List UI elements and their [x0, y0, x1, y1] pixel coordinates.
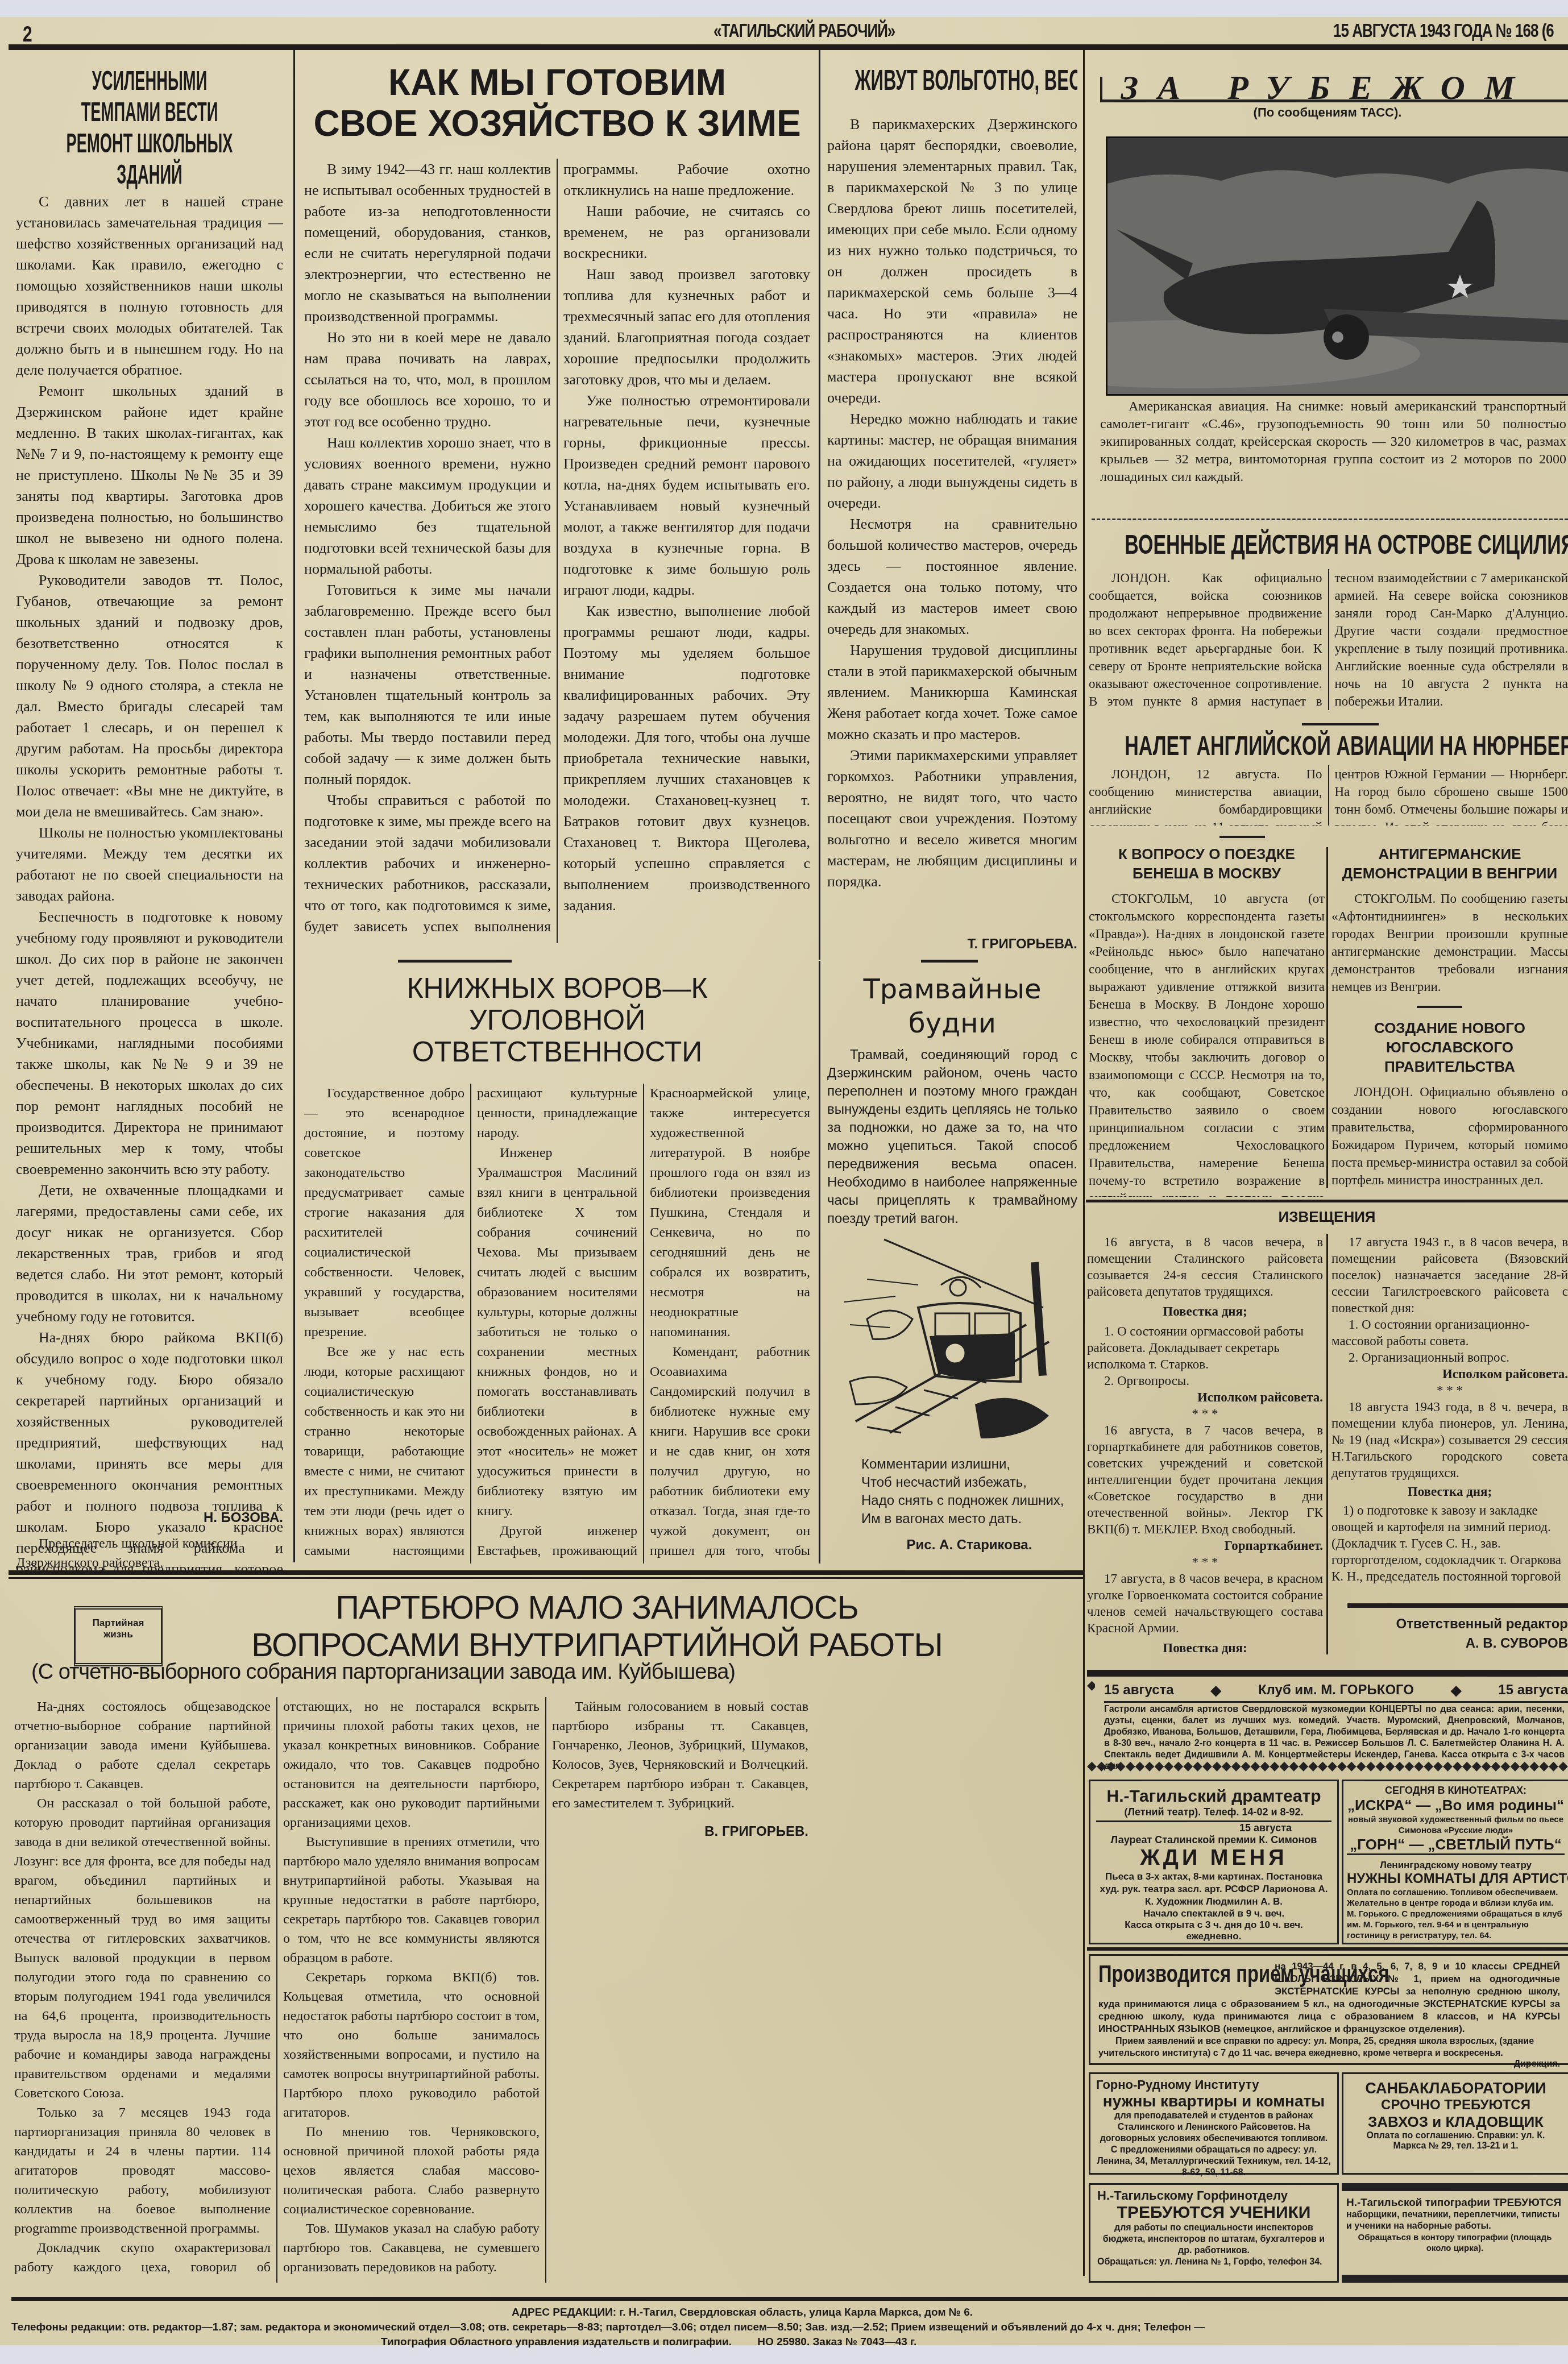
- party-subheadline: (С отчетно-выборного собрания парторгани…: [31, 1660, 1009, 1685]
- paragraph: Ремонт школьных зданий в Дзержинском рай…: [16, 380, 283, 570]
- rubric-party-life: Партийная жизнь: [74, 1606, 163, 1666]
- abroad-right-column: АНТИГЕРМАНСКИЕ ДЕМОНСТРАЦИИ В ВЕНГРИИ СТ…: [1331, 844, 1568, 1197]
- ad-title: НУЖНЫ КОМНАТЫ ДЛЯ АРТИСТОВ: [1347, 1871, 1565, 1887]
- ad-intro: Ленинградскому новому театру: [1347, 1860, 1565, 1871]
- yugoslavia-headline: СОЗДАНИЕ НОВОГО ЮГОСЛАВСКОГО ПРАВИТЕЛЬСТ…: [1331, 1018, 1568, 1076]
- ad-title: ТРЕБУЮТСЯ УЧЕНИКИ: [1097, 2203, 1330, 2222]
- article-benes: К ВОПРОСУ О ПОЕЗДКЕ БЕНЕША В МОСКВУ СТОК…: [1089, 844, 1325, 1197]
- notice-text: 17 августа, в 8 часов вечера, в красном …: [1087, 1570, 1323, 1636]
- photo-caption: Американская авиация. На снимке: новый а…: [1100, 398, 1566, 486]
- ad-play-title: ЖДИ МЕНЯ: [1096, 1846, 1331, 1871]
- rubric-line: Партийная: [76, 1618, 161, 1629]
- section-divider: [398, 960, 512, 963]
- ad-text: Прием заявлений и все справки по адресу:…: [1098, 2035, 1560, 2059]
- editorial-address: АДРЕС РЕДАКЦИИ: г. Н.-Тагил, Свердловска…: [11, 2305, 1546, 2320]
- paragraph: В зиму 1942—43 гг. наш коллектив не испы…: [304, 159, 551, 327]
- section-rule: [9, 1570, 1083, 1575]
- article-nuremberg: НАЛЕТ АНГЛИЙСКОЙ АВИАЦИИ НА НЮРНБЕРГ ЛОН…: [1089, 729, 1568, 826]
- ad-text: наборщики, печатники, переплетчики, типи…: [1346, 2209, 1563, 2232]
- verse-line: Чтоб несчастий избежать,: [861, 1474, 1077, 1492]
- separator-asterisks: * * *: [1087, 1554, 1323, 1570]
- party-headline: ПАРТБЮРО МАЛО ЗАНИМАЛОСЬ ВОПРОСАМИ ВНУТР…: [171, 1589, 1023, 1664]
- ad-title: нужны квартиры и комнаты: [1096, 2092, 1331, 2110]
- ad-title: САНБАКЛАБОРАТОРИИ: [1349, 2080, 1562, 2097]
- agenda-title: Повестка дня;: [1331, 1483, 1568, 1500]
- notices-left-column: 16 августа, в 8 часов вечера, в помещени…: [1087, 1234, 1323, 1660]
- yugoslavia-body: ЛОНДОН. Официально объявлено о создании …: [1331, 1083, 1568, 1189]
- column-divider: [1083, 50, 1085, 2276]
- paragraph: ЛОНДОН. Как официально сообщается, войск…: [1089, 569, 1568, 710]
- notice-item: 18 августа 1943 года, в 8 ч. вечера, в п…: [1331, 1399, 1568, 1586]
- divider: [1219, 836, 1265, 838]
- ad-signer: Дирекция.: [1098, 2059, 1560, 2069]
- notice-signer: Исполком райсовета.: [1331, 1366, 1568, 1382]
- article-barbershops: ЖИВУТ ВОЛЬГОТНО, ВЕСЕЛО... В парикмахерс…: [827, 57, 1077, 952]
- article-body: ЛОНДОН, 12 августа. По сообщению министе…: [1089, 765, 1568, 826]
- diamond-icon: ◆: [1451, 1682, 1461, 1699]
- editor-block: Ответственный редактор А. В. СУВОРОВ: [1331, 1615, 1568, 1653]
- paragraph: Тайным голосованием в новый состав партб…: [552, 1697, 808, 1813]
- notice-item: 17 августа, в 8 часов вечера, в красном …: [1087, 1570, 1323, 1660]
- agenda-item: 1. О состоянии организационно-массовой р…: [1331, 1316, 1568, 1349]
- paragraph: Дети, не охваченные площадками и лагерям…: [16, 1180, 283, 1327]
- section-divider: [921, 960, 978, 963]
- notice-signer: Горпарткабинет.: [1087, 1537, 1323, 1554]
- headline: НАЛЕТ АНГЛИЙСКОЙ АВИАЦИИ НА НЮРНБЕРГ: [1125, 729, 1532, 763]
- ad-cinemas: СЕГОДНЯ В КИНОТЕАТРАХ: „ИСКРА“ — „Во имя…: [1342, 1780, 1568, 1944]
- ad-sanbaklab: САНБАКЛАБОРАТОРИИ СРОЧНО ТРЕБУЮТСЯ ЗАВХО…: [1342, 2072, 1568, 2175]
- notice-text: 18 августа 1943 года, в 8 ч. вечера, в п…: [1331, 1399, 1568, 1481]
- paragraph: Школы не полностью укомплектованы учител…: [16, 822, 283, 906]
- notices-title: ИЗВЕЩЕНИЯ: [1086, 1208, 1568, 1226]
- ad-intro: Н.-Тагильскому Горфинотделу: [1097, 2188, 1330, 2203]
- paragraph: ЛОНДОН, 12 августа. По сообщению министе…: [1089, 765, 1568, 826]
- divider: [1347, 1603, 1568, 1608]
- section-rule: [1086, 1200, 1568, 1202]
- ads-rule: [1087, 1947, 1568, 1951]
- column-divider: [819, 50, 820, 960]
- signature: Т. ГРИГОРЬЕВА.: [967, 936, 1077, 952]
- notice-text: 16 августа, в 7 часов вечера, в горпартк…: [1087, 1422, 1323, 1537]
- paragraph: Выступившие в прениях отметили, что парт…: [283, 1832, 540, 1968]
- ad-finance-dept: Н.-Тагильскому Горфинотделу ТРЕБУЮТСЯ УЧ…: [1089, 2183, 1339, 2283]
- abroad-section-title: ЗА РУБЕЖОМ: [1100, 68, 1555, 107]
- wavy-divider: [1092, 519, 1568, 520]
- ad-title: СЕГОДНЯ В КИНОТЕАТРАХ:: [1347, 1785, 1565, 1797]
- ad-subtitle: (Летний театр). Телеф. 14-02 и 8-92.: [1096, 1806, 1331, 1822]
- diamond-icon: ◆: [1211, 1682, 1221, 1699]
- paragraph: Как известно, выполнение любой программы…: [563, 600, 810, 916]
- paragraph: СТОКГОЛЬМ, 10 августа (от стокгольмского…: [1089, 890, 1325, 1197]
- paragraph: По мнению тов. Черняковского, основной п…: [283, 2122, 540, 2219]
- headline-line: ВОПРОСАМИ ВНУТРИПАРТИЙНОЙ РАБОТЫ: [171, 1627, 1023, 1664]
- paragraph: Наш коллектив хорошо знает, что в услови…: [304, 432, 551, 579]
- ad-text: Оплата по соглашению. Справки: ул. К. Ма…: [1349, 2131, 1562, 2151]
- signature: В. ГРИГОРЬЕВ.: [552, 1822, 808, 1842]
- article-body: В зиму 1942—43 гг. наш коллектив не испы…: [304, 159, 810, 943]
- ad-header: 15 августа ◆ Клуб им. М. ГОРЬКОГО ◆ 15 а…: [1104, 1682, 1568, 1703]
- column-divider: [1326, 847, 1328, 1188]
- ad-school-admission: Производится прием учащихся на 1943—44 г…: [1089, 1954, 1568, 2065]
- school-repair-signature-block: Н. БОЗОВА. Председатель школьной комисси…: [16, 1501, 283, 1573]
- ad-drama-theatre: Н.-Тагильский драмтеатр (Летний театр). …: [1089, 1780, 1339, 1944]
- paragraph: Руководители заводов тт. Полос, Губанов,…: [16, 570, 283, 822]
- paragraph: Нарушения трудовой дисциплины стали в эт…: [827, 640, 1077, 745]
- ad-subtitle: СРОЧНО ТРЕБУЮТСЯ: [1349, 2097, 1562, 2113]
- paragraph: Готовиться к зиме мы начали заблаговреме…: [304, 579, 551, 790]
- section-rule: [9, 1577, 1083, 1579]
- paragraph: Нередко можно наблюдать и такие картины:…: [827, 408, 1077, 513]
- agenda-item: 2. Оргвопросы.: [1087, 1372, 1323, 1389]
- verse-line: Комментарии излишни,: [861, 1455, 1077, 1474]
- transport-plane-image: [1107, 138, 1568, 394]
- footer-imprint: АДРЕС РЕДАКЦИИ: г. Н.-Тагил, Свердловска…: [11, 2305, 1546, 2350]
- ad-intro: Горно-Рудному Институту: [1096, 2077, 1331, 2092]
- notice-item: 16 августа, в 7 часов вечера, в горпартк…: [1087, 1422, 1323, 1570]
- abroad-subtitle: (По сообщениям ТАСС).: [1100, 105, 1555, 120]
- headline: ЖИВУТ ВОЛЬГОТНО, ВЕСЕЛО...: [854, 64, 1050, 98]
- paragraph: Трамвай, соединяющий город с Дзержинским…: [827, 1046, 1077, 1228]
- headline-line: СВОЕ ХОЗЯЙСТВО К ЗИМЕ: [304, 103, 810, 144]
- article-book-thieves: КНИЖНЫХ ВОРОВ—К УГОЛОВНОЙ ОТВЕТСТВЕННОСТ…: [304, 967, 810, 1563]
- divider: [1417, 1006, 1462, 1008]
- ad-title: Производится прием учащихся: [1098, 1960, 1245, 1988]
- column-divider: [819, 961, 820, 1563]
- divider: [1302, 723, 1379, 725]
- paragraph: Государственное добро — это всенародное …: [304, 1084, 464, 1342]
- paragraph: Несмотря на сравнительно большой количес…: [827, 513, 1077, 640]
- agenda-item: 1) о подготовке к завозу и закладке овощ…: [1331, 1502, 1568, 1586]
- headline: УСИЛЕННЫМИ ТЕМПАМИ ВЕСТИ РЕМОНТ ШКОЛЬНЫХ…: [53, 65, 246, 190]
- editor-name: А. В. СУВОРОВ: [1331, 1634, 1568, 1653]
- editor-label: Ответственный редактор: [1331, 1615, 1568, 1634]
- paragraph: Но это ни в коей мере не давало нам прав…: [304, 327, 551, 432]
- headline: КАК МЫ ГОТОВИМ СВОЕ ХОЗЯЙСТВО К ЗИМЕ: [304, 62, 810, 144]
- ad-title: Н.-Тагильской типографии ТРЕБУЮТСЯ: [1346, 2197, 1563, 2209]
- column-divider: [1326, 1234, 1328, 1654]
- headline-line: КАК МЫ ГОТОВИМ: [304, 62, 810, 103]
- ad-date: 15 августа: [1096, 1822, 1331, 1834]
- diamond-border-icon: ◆◆◆◆◆◆◆◆◆◆◆◆◆◆◆◆◆◆◆◆◆◆◆◆◆◆◆◆◆◆◆◆◆◆◆◆◆◆◆◆…: [1087, 1760, 1568, 1772]
- paragraph: Тов. Шумаков указал на слабую работу пар…: [283, 2219, 540, 2277]
- ad-text: для работы по специальности инспекторов …: [1097, 2222, 1330, 2257]
- paragraph: Инженер Уралмашстроя Маслиний взял книги…: [477, 1143, 637, 1521]
- agenda-title: Повестка дня;: [1087, 1303, 1323, 1320]
- article-body: СТОКГОЛЬМ, 10 августа (от стокгольмского…: [1089, 890, 1325, 1197]
- column-divider: [293, 50, 295, 1562]
- aircraft-photo: [1106, 136, 1568, 396]
- newspaper-name: «ТАГИЛЬСКИЙ РАБОЧИЙ»: [714, 19, 895, 42]
- paragraph: СТОКГОЛЬМ. По сообщению газеты «Афтонтид…: [1331, 890, 1568, 996]
- article-body: Государственное добро — это всенародное …: [304, 1084, 810, 1563]
- hungary-headline: АНТИГЕРМАНСКИЕ ДЕМОНСТРАЦИИ В ВЕНГРИИ: [1331, 844, 1568, 883]
- masthead-rule: [9, 44, 1568, 50]
- headline-line: ПАРТБЮРО МАЛО ЗАНИМАЛОСЬ: [171, 1589, 1023, 1627]
- ad-text: Оплата по соглашению. Топливом обеспечив…: [1347, 1887, 1565, 1941]
- article-body: Трамвай, соединяющий город с Дзержинским…: [827, 1046, 1077, 1228]
- ad-details: Пьеса в 3-х актах, 8-ми картинах. Постан…: [1096, 1871, 1331, 1908]
- article-sicily: ВОЕННЫЕ ДЕЙСТВИЯ НА ОСТРОВЕ СИЦИЛИЯ ЛОНД…: [1089, 526, 1568, 731]
- agenda-item: 2. Организационный вопрос.: [1331, 1349, 1568, 1366]
- hungary-body: СТОКГОЛЬМ. По сообщению газеты «Афтонтид…: [1331, 890, 1568, 996]
- ad-date: 15 августа: [1498, 1682, 1568, 1699]
- signature: Н. БОЗОВА.: [16, 1510, 283, 1526]
- paragraph: Беспечность в подготовке к новому учебно…: [16, 906, 283, 1180]
- paragraph: ЛОНДОН. Официально объявлено о создании …: [1331, 1083, 1568, 1189]
- paragraph: Наши рабочие, не считаясь со временем, н…: [563, 201, 810, 264]
- article-tram: Трамвайные будни Трамвай, соединяющий го…: [827, 967, 1077, 1563]
- headline: Трамвайные будни: [827, 972, 1077, 1040]
- ad-positions: ЗАВХОЗ и КЛАДОВЩИК: [1349, 2113, 1562, 2131]
- verse-line: Им в вагонах место дать.: [861, 1510, 1077, 1528]
- headline: ВОЕННЫЕ ДЕЙСТВИЯ НА ОСТРОВЕ СИЦИЛИЯ: [1125, 526, 1532, 564]
- agenda-item: 1. О заготовке топлива.: [1087, 1660, 1323, 1660]
- article-body: В парикмахерских Дзержинского района цар…: [827, 114, 1077, 892]
- article-body: С давних лет в нашей стране установилась…: [16, 191, 283, 1572]
- signature-title: Председатель школьной комиссии Дзержинск…: [16, 1534, 283, 1573]
- censor-order-number: НО 25980. Заказ № 7043—43 г.: [757, 2336, 916, 2348]
- ad-start-time: Начало спектаклей в 9 ч. веч.: [1096, 1908, 1331, 1919]
- headline: КНИЖНЫХ ВОРОВ—К УГОЛОВНОЙ ОТВЕТСТВЕННОСТ…: [304, 972, 810, 1068]
- paragraph: С давних лет в нашей стране установилась…: [16, 191, 283, 380]
- paragraph: На-днях состоялось общезаводское отчетно…: [14, 1697, 271, 1794]
- paragraph: Наш завод произвел заготовку топлива для…: [563, 264, 810, 390]
- cinema-listing: „ГОРН“ — „СВЕТЛЫЙ ПУТЬ“: [1347, 1836, 1565, 1855]
- tram-cartoon-illustration: [833, 1234, 1072, 1455]
- issue-date: 15 АВГУСТА 1943 ГОДА № 168 (6: [1333, 19, 1554, 42]
- footer-rule: [11, 2297, 1568, 2301]
- diamond-border-icon: ◆◆◆◆◆◆◆◆: [1087, 1680, 1095, 1760]
- paragraph: Только за 7 месяцев 1943 года партиорган…: [14, 2103, 271, 2238]
- party-article-body: На-днях состоялось общезаводское отчетно…: [14, 1697, 1077, 2283]
- paragraph: Секретарь горкома ВКП(б) тов. Кольцевая …: [283, 1968, 540, 2122]
- rubric-line: жизнь: [76, 1629, 161, 1640]
- ad-title: Н.-Тагильский драмтеатр: [1096, 1787, 1331, 1806]
- cartoon-verse: Комментарии излишни, Чтоб несчастий избе…: [861, 1455, 1077, 1528]
- notice-item: 17 августа 1943 г., в 8 часов вечера, в …: [1331, 1234, 1568, 1399]
- article-school-repair: УСИЛЕННЫМИ ТЕМПАМИ ВЕСТИ РЕМОНТ ШКОЛЬНЫХ…: [16, 60, 283, 1572]
- editorial-phones: Телефоны редакции: отв. редактор—1.87; з…: [11, 2320, 1546, 2335]
- ad-date: 15 августа: [1104, 1682, 1174, 1699]
- paragraph: Этими парикмахерскими управляет горкомхо…: [827, 745, 1077, 892]
- page-number: 2: [23, 22, 32, 47]
- agenda-title: Повестка дня:: [1087, 1640, 1323, 1656]
- article-body: ЛОНДОН. Как официально сообщается, войск…: [1089, 569, 1568, 710]
- notices-right-column: 17 августа 1943 г., в 8 часов вечера, в …: [1331, 1234, 1568, 1586]
- paragraph: Уже полностью отремонтировали нагревател…: [563, 390, 810, 600]
- ad-mining-institute: Горно-Рудному Институту нужны квартиры и…: [1089, 2072, 1339, 2175]
- notice-item: 16 августа, в 8 часов вечера, в помещени…: [1087, 1234, 1323, 1422]
- ad-contact: Обращаться: ул. Ленина № 1, Горфо, телеф…: [1097, 2257, 1330, 2268]
- ad-laureate: Лауреат Сталинской премии К. Симонов: [1096, 1834, 1331, 1846]
- ads-rule: [1087, 1670, 1568, 1677]
- ad-printing-house: Н.-Тагильской типографии ТРЕБУЮТСЯ набор…: [1342, 2183, 1568, 2283]
- verse-line: Надо снять с подножек лишних,: [861, 1492, 1077, 1510]
- separator-asterisks: * * *: [1087, 1405, 1323, 1422]
- printing-info: Типография Областного управления издател…: [381, 2336, 732, 2348]
- ad-gorky-club: ◆◆◆◆◆◆◆◆ 15 августа ◆ Клуб им. М. ГОРЬКО…: [1087, 1680, 1568, 1762]
- notice-text: 16 августа, в 8 часов вечера, в помещени…: [1087, 1234, 1323, 1300]
- separator-asterisks: * * *: [1331, 1382, 1568, 1399]
- headline: К ВОПРОСУ О ПОЕЗДКЕ БЕНЕША В МОСКВУ: [1089, 844, 1325, 883]
- cinema-listing: „ИСКРА“ — „Во имя родины“: [1347, 1797, 1565, 1814]
- agenda-item: 1. О состоянии оргмассовой работы райсов…: [1087, 1323, 1323, 1372]
- notice-signer: Исполком райсовета.: [1087, 1389, 1323, 1405]
- paragraph: В парикмахерских Дзержинского района цар…: [827, 114, 1077, 408]
- ad-text: для преподавателей и студентов в районах…: [1096, 2110, 1331, 2179]
- ad-title: Клуб им. М. ГОРЬКОГО: [1258, 1682, 1414, 1699]
- cartoon-credit: Рис. А. Старикова.: [861, 1537, 1077, 1553]
- ad-box-office: Касса открыта с 3 ч. дня до 10 ч. веч. е…: [1096, 1919, 1331, 1942]
- article-winter-prep: КАК МЫ ГОТОВИМ СВОЕ ХОЗЯЙСТВО К ЗИМЕ В з…: [304, 54, 810, 952]
- cinema-description: новый звуковой художественный фильм по п…: [1347, 1814, 1565, 1836]
- ad-contact: Обращаться в контору типографии (площадь…: [1346, 2232, 1563, 2254]
- paragraph: Он рассказал о той большой работе, котор…: [14, 1794, 271, 2103]
- notice-text: 17 августа 1943 г., в 8 часов вечера, в …: [1331, 1234, 1568, 1316]
